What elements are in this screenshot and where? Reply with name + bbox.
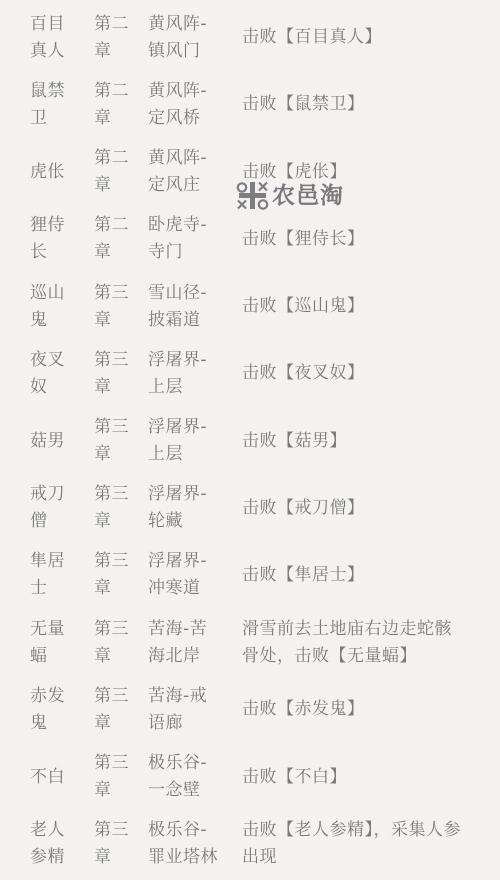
table-row: 狸侍长 第二章 卧虎寺-寺门 击败【狸侍长】	[0, 206, 500, 273]
method-cell: 击败【不白】	[242, 764, 464, 791]
location-cell: 卧虎寺-寺门	[148, 212, 222, 266]
boss-name-cell: 百目真人	[30, 11, 78, 65]
chapter-cell: 第三章	[94, 481, 136, 535]
boss-name-cell: 巡山鬼	[30, 280, 78, 334]
table-row: 虎伥 第二章 黄风阵-定风庄 击败【虎伥】	[0, 138, 500, 205]
location-cell: 苦海-苦海北岸	[148, 616, 222, 670]
table-row: 鼠禁卫 第二章 黄风阵-定风桥 击败【鼠禁卫】	[0, 71, 500, 138]
table-row: 老人参精 第三章 极乐谷-罪业塔林 击败【老人参精】，采集人参出现	[0, 811, 500, 878]
chapter-cell: 第二章	[94, 145, 136, 199]
method-cell: 击败【隼居士】	[242, 562, 464, 589]
chapter-cell: 第三章	[94, 347, 136, 401]
boss-name-cell: 戒刀僧	[30, 481, 78, 535]
chapter-cell: 第二章	[94, 78, 136, 132]
table-row: 不白 第三章 极乐谷-一念壁 击败【不白】	[0, 744, 500, 811]
method-cell: 击败【老人参精】，采集人参出现	[242, 817, 464, 871]
boss-name-cell: 老人参精	[30, 817, 78, 871]
method-cell: 击败【赤发鬼】	[242, 696, 464, 723]
method-cell: 击败【狸侍长】	[242, 226, 464, 253]
chapter-cell: 第三章	[94, 414, 136, 468]
boss-name-cell: 鼠禁卫	[30, 78, 78, 132]
boss-name-cell: 狸侍长	[30, 212, 78, 266]
table-row: 巡山鬼 第三章 雪山径-披霜道 击败【巡山鬼】	[0, 273, 500, 340]
chapter-cell: 第二章	[94, 11, 136, 65]
boss-name-cell: 赤发鬼	[30, 683, 78, 737]
table-row: 百目真人 第二章 黄风阵-镇风门 击败【百目真人】	[0, 4, 500, 71]
boss-guide-table: 百目真人 第二章 黄风阵-镇风门 击败【百目真人】 鼠禁卫 第二章 黄风阵-定风…	[0, 0, 500, 880]
method-cell: 击败【巡山鬼】	[242, 293, 464, 320]
location-cell: 雪山径-披霜道	[148, 280, 222, 334]
table-row: 隼居士 第三章 浮屠界-冲寒道 击败【隼居士】	[0, 542, 500, 609]
table-row: 夜叉奴 第三章 浮屠界-上层 击败【夜叉奴】	[0, 340, 500, 407]
location-cell: 浮屠界-上层	[148, 347, 222, 401]
location-cell: 浮屠界-上层	[148, 414, 222, 468]
chapter-cell: 第二章	[94, 212, 136, 266]
method-cell: 击败【鼠禁卫】	[242, 91, 464, 118]
method-cell: 击败【虎伥】	[242, 159, 464, 186]
chapter-cell: 第三章	[94, 616, 136, 670]
method-cell: 击败【戒刀僧】	[242, 495, 464, 522]
table-row: 戒刀僧 第三章 浮屠界-轮藏 击败【戒刀僧】	[0, 475, 500, 542]
chapter-cell: 第三章	[94, 683, 136, 737]
chapter-cell: 第三章	[94, 750, 136, 804]
chapter-cell: 第三章	[94, 548, 136, 602]
method-cell: 滑雪前去土地庙右边走蛇骸骨处，击败【无量蝠】	[242, 616, 464, 670]
boss-name-cell: 虎伥	[30, 159, 78, 186]
boss-name-cell: 夜叉奴	[30, 347, 78, 401]
boss-name-cell: 菇男	[30, 428, 78, 455]
table-row: 无量蝠 第三章 苦海-苦海北岸 滑雪前去土地庙右边走蛇骸骨处，击败【无量蝠】	[0, 609, 500, 676]
method-cell: 击败【菇男】	[242, 428, 464, 455]
boss-name-cell: 隼居士	[30, 548, 78, 602]
location-cell: 黄风阵-镇风门	[148, 11, 222, 65]
location-cell: 苦海-戒语廊	[148, 683, 222, 737]
location-cell: 黄风阵-定风庄	[148, 145, 222, 199]
chapter-cell: 第三章	[94, 280, 136, 334]
table-row: 菇男 第三章 浮屠界-上层 击败【菇男】	[0, 407, 500, 474]
location-cell: 浮屠界-轮藏	[148, 481, 222, 535]
chapter-cell: 第三章	[94, 817, 136, 871]
table-row: 赤发鬼 第三章 苦海-戒语廊 击败【赤发鬼】	[0, 676, 500, 743]
location-cell: 黄风阵-定风桥	[148, 78, 222, 132]
method-cell: 击败【夜叉奴】	[242, 360, 464, 387]
boss-name-cell: 不白	[30, 764, 78, 791]
boss-name-cell: 无量蝠	[30, 616, 78, 670]
location-cell: 极乐谷-罪业塔林	[148, 817, 222, 871]
location-cell: 浮屠界-冲寒道	[148, 548, 222, 602]
method-cell: 击败【百目真人】	[242, 24, 464, 51]
location-cell: 极乐谷-一念壁	[148, 750, 222, 804]
